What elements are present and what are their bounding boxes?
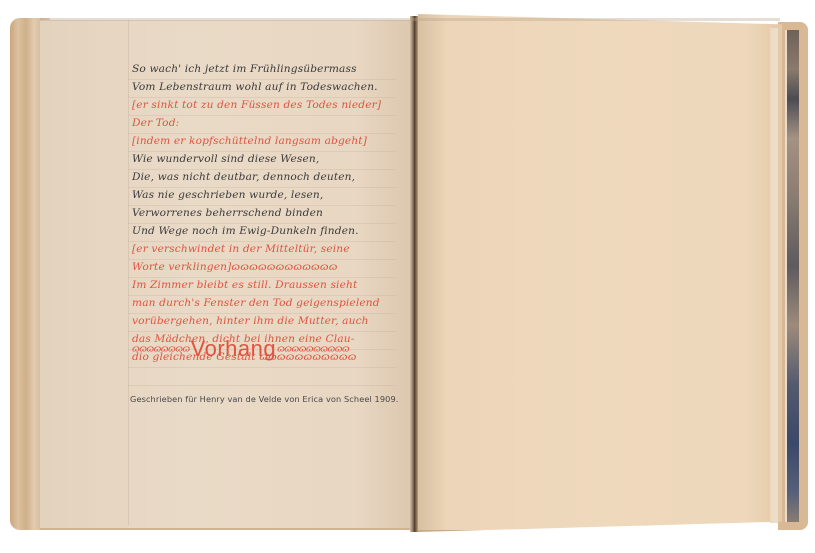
open-book: So wach' ich jetzt im Frühlingsübermass …	[0, 0, 815, 553]
ornament-flourish-right: ɷɷɷɷɷɷɷɷɷɷ	[277, 344, 349, 355]
colophon-signature: Geschrieben für Henry van de Velde von E…	[130, 394, 410, 404]
verse-line: Und Wege noch im Ewig-Dunkeln finden.	[132, 222, 404, 240]
curtain-closing-line: ɷɷɷɷɷɷɷɷVorhangɷɷɷɷɷɷɷɷɷɷ	[132, 336, 404, 370]
ornament-flourish-left: ɷɷɷɷɷɷɷɷ	[132, 344, 190, 355]
stage-direction-line: vorübergehen, hinter ihm die Mutter, auc…	[132, 312, 404, 330]
verse-line: Verworrenes beherrschend binden	[132, 204, 404, 222]
stage-direction-line: man durch's Fenster den Tod geigenspiele…	[132, 294, 404, 312]
top-page-shadow	[40, 18, 780, 21]
verse-line: Die, was nicht deutbar, dennoch deuten,	[132, 168, 404, 186]
stage-direction-line: Worte verklingen]ɷɷɷɷɷɷɷɷɷɷɷɷ	[132, 258, 404, 276]
verse-line: So wach' ich jetzt im Frühlingsübermass	[132, 60, 404, 78]
stage-direction-line: Im Zimmer bleibt es still. Draussen sieh…	[132, 276, 404, 294]
stage-direction-line: [indem er kopfschüttelnd langsam abgeht]	[132, 132, 404, 150]
verse-line: Was nie geschrieben wurde, lesen,	[132, 186, 404, 204]
book-gutter	[410, 16, 418, 532]
speaker-line: Der Tod:	[132, 114, 404, 132]
manuscript-text: So wach' ich jetzt im Frühlingsübermass …	[132, 60, 404, 366]
stage-direction-line: [er sinkt tot zu den Füssen des Todes ni…	[132, 96, 404, 114]
verse-line: Vom Lebenstraum wohl auf in Todeswachen.	[132, 78, 404, 96]
vorhang-heading: Vorhang	[190, 336, 277, 361]
verse-line: Wie wundervoll sind diese Wesen,	[132, 150, 404, 168]
right-page-stack-edge	[770, 28, 778, 523]
marbled-cover-edge	[785, 30, 799, 522]
right-page-blank	[418, 14, 782, 532]
stage-direction-line: [er verschwindet in der Mitteltür, seine	[132, 240, 404, 258]
